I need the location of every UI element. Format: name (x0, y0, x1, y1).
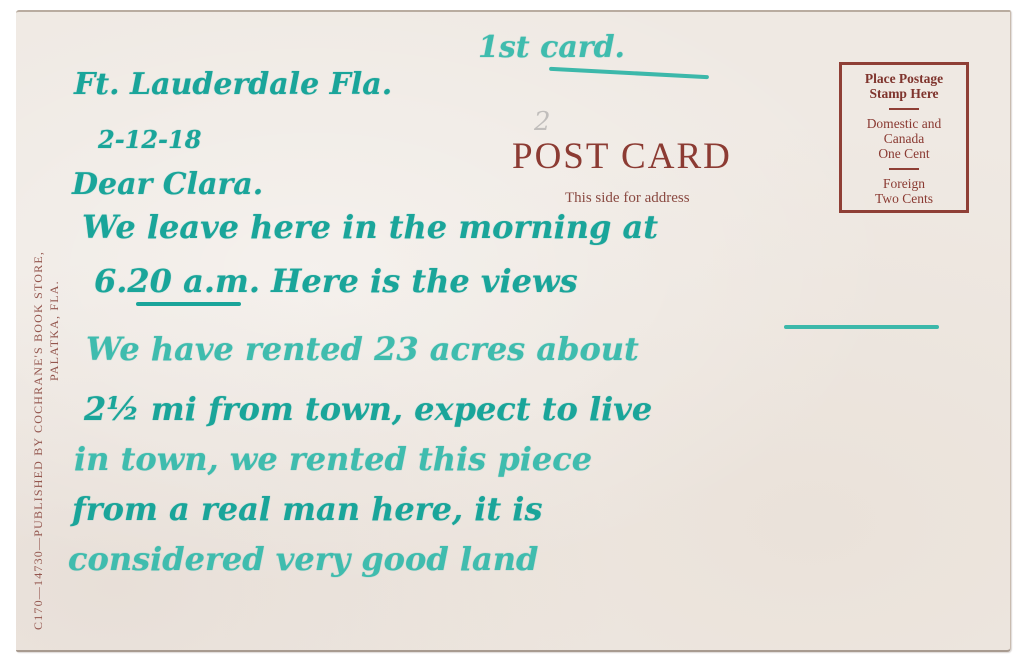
message-line: 2½ mi from town, expect to live (84, 390, 652, 428)
heading-underline (549, 67, 709, 79)
time-underline (136, 302, 241, 306)
publisher-line1: C170—14730—PUBLISHED BY COCHRANE'S BOOK … (30, 251, 46, 630)
handwritten-date: 2-12-18 (98, 125, 201, 154)
pencil-mark: 2 (534, 107, 551, 137)
stamp-divider (889, 108, 919, 110)
stamp-divider (889, 168, 919, 170)
message-line: from a real man here, it is (72, 490, 542, 528)
foreign-rate-line2: Two Cents (842, 191, 966, 206)
stamp-instruction-line1: Place Postage (842, 71, 966, 86)
domestic-rate-line2: Canada (842, 131, 966, 146)
domestic-rate-line1: Domestic and (842, 116, 966, 131)
address-side-label: This side for address (565, 190, 690, 207)
foreign-rate-line1: Foreign (842, 176, 966, 191)
postcard-title: POST CARD (512, 135, 732, 178)
message-line: 6.20 a.m. Here is the views (94, 262, 578, 300)
message-line: considered very good land (68, 540, 538, 578)
stamp-placement-box: Place Postage Stamp Here Domestic and Ca… (839, 62, 969, 213)
postcard: 2 POST CARD This side for address Place … (16, 10, 1011, 652)
handwritten-heading: 1st card. (478, 30, 625, 65)
stamp-instruction-line2: Stamp Here (842, 86, 966, 101)
handwritten-greeting: Dear Clara. (72, 167, 263, 202)
views-underline (784, 325, 939, 329)
domestic-rate-line3: One Cent (842, 146, 966, 161)
message-line: We leave here in the morning at (82, 208, 658, 246)
message-line: in town, we rented this piece (74, 440, 592, 478)
publisher-imprint: C170—14730—PUBLISHED BY COCHRANE'S BOOK … (30, 251, 62, 630)
publisher-line2: PALATKA, FLA. (46, 251, 62, 630)
message-line: We have rented 23 acres about (86, 330, 639, 368)
handwritten-place: Ft. Lauderdale Fla. (74, 67, 392, 102)
